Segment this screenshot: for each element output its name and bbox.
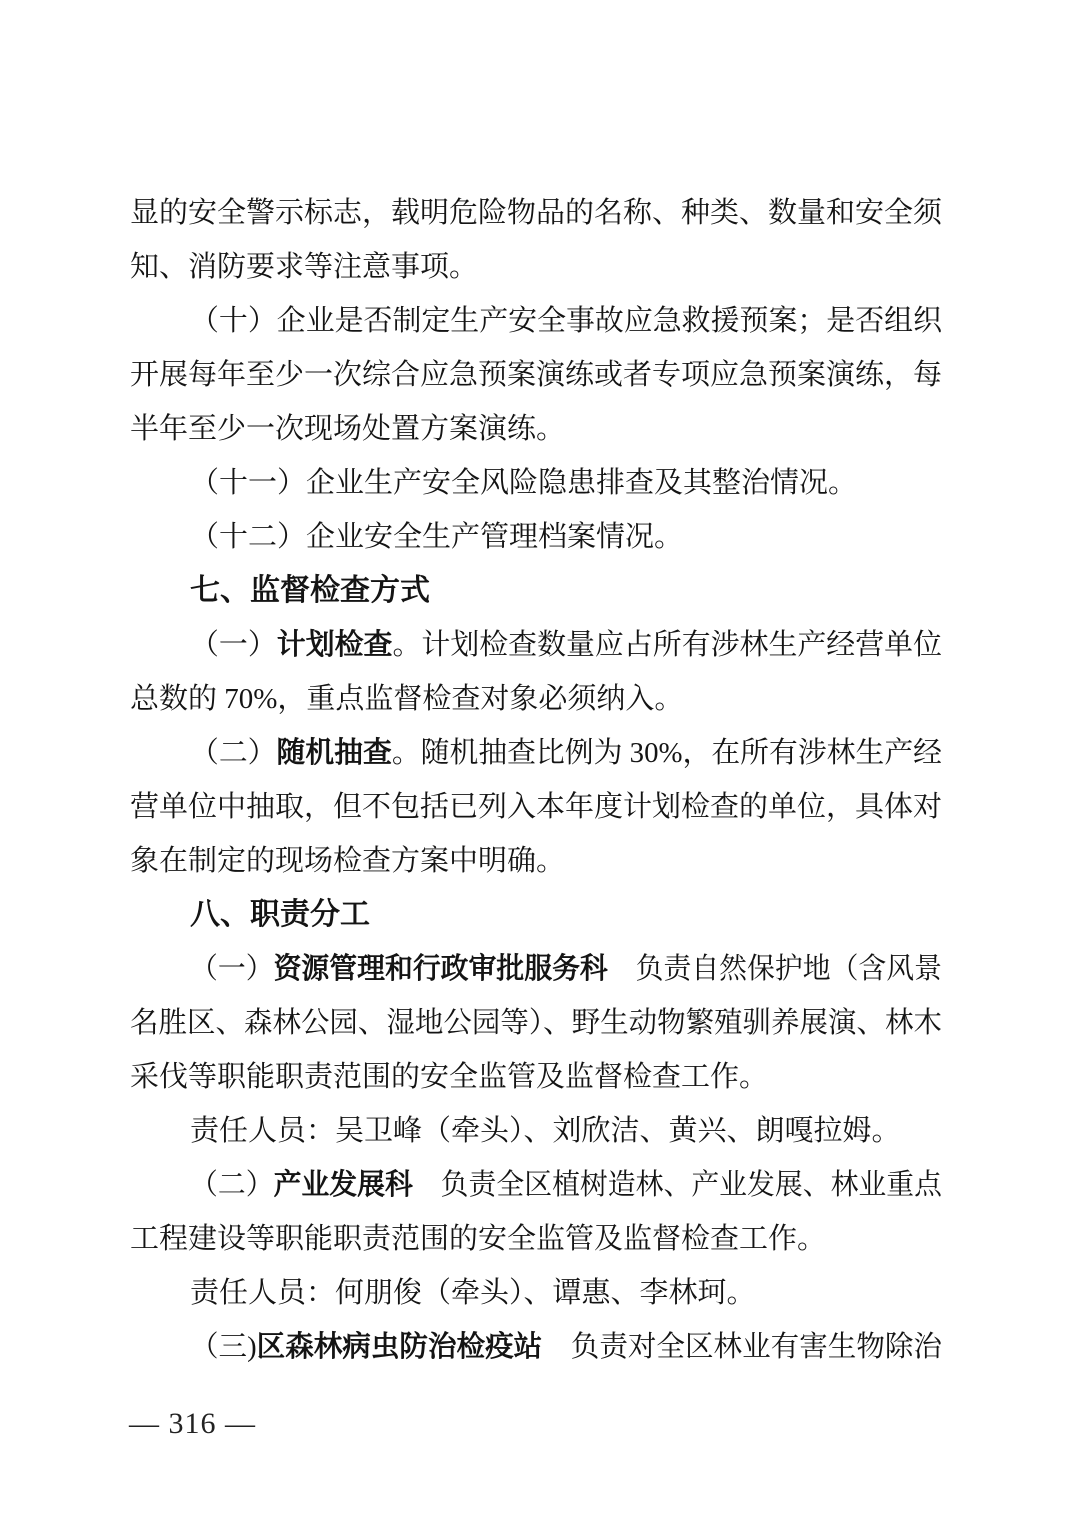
- emphasized-text: 资源管理和行政审批服务科: [274, 953, 608, 985]
- text-line-content: 七、监督检查方式: [190, 564, 430, 618]
- text-line: 象在制定的现场检查方案中明确。: [130, 834, 942, 888]
- plain-text: 名胜区、森林公园、湿地公园等）、野生动物繁殖驯养展演、林木: [130, 1007, 942, 1039]
- plain-text: （一）: [190, 953, 274, 985]
- plain-text: 工程建设等职能职责范围的安全监管及监督检查工作。: [130, 1223, 826, 1255]
- text-line: 半年至少一次现场处置方案演练。: [130, 402, 942, 456]
- emphasized-text: 区森林病虫防治检疫站: [257, 1331, 543, 1363]
- text-line: （一）资源管理和行政审批服务科 负责自然保护地（含风景: [130, 942, 942, 996]
- plain-text: （十）企业是否制定生产安全事故应急救援预案；是否组织: [190, 305, 942, 337]
- plain-text: 显的安全警示标志，载明危险物品的名称、种类、数量和安全须: [130, 197, 942, 229]
- text-line: 显的安全警示标志，载明危险物品的名称、种类、数量和安全须: [130, 186, 942, 240]
- text-line-content: 知、消防要求等注意事项。: [130, 240, 478, 294]
- text-line-content: （一）资源管理和行政审批服务科 负责自然保护地（含风景: [190, 942, 942, 996]
- text-line-content: （十二）企业安全生产管理档案情况。: [190, 510, 683, 564]
- text-line-content: 责任人员：何朋俊（牵头）、谭惠、李林珂。: [190, 1266, 756, 1320]
- text-line-content: 象在制定的现场检查方案中明确。: [130, 834, 565, 888]
- plain-text: （三): [190, 1331, 257, 1363]
- text-line: 责任人员：吴卫峰（牵头）、刘欣洁、黄兴、朗嘎拉姆。: [130, 1104, 942, 1158]
- text-line: 知、消防要求等注意事项。: [130, 240, 942, 294]
- text-line: （三)区森林病虫防治检疫站 负责对全区林业有害生物除治: [130, 1320, 942, 1374]
- text-line-content: 半年至少一次现场处置方案演练。: [130, 402, 565, 456]
- text-line: （二）随机抽查。随机抽查比例为 30%，在所有涉林生产经: [130, 726, 942, 780]
- plain-text: 。计划检查数量应占所有涉林生产经营单位: [392, 629, 942, 661]
- document-body: 显的安全警示标志，载明危险物品的名称、种类、数量和安全须知、消防要求等注意事项。…: [130, 186, 942, 1374]
- text-line-content: 显的安全警示标志，载明危险物品的名称、种类、数量和安全须: [130, 186, 942, 240]
- text-line: 开展每年至少一次综合应急预案演练或者专项应急预案演练，每: [130, 348, 942, 402]
- text-line: （二）产业发展科 负责全区植树造林、产业发展、林业重点: [130, 1158, 942, 1212]
- plain-text: 象在制定的现场检查方案中明确。: [130, 845, 565, 877]
- section-heading: 七、监督检查方式: [130, 564, 942, 618]
- section-heading: 八、职责分工: [130, 888, 942, 942]
- text-line: （十二）企业安全生产管理档案情况。: [130, 510, 942, 564]
- text-line-content: （二）产业发展科 负责全区植树造林、产业发展、林业重点: [190, 1158, 942, 1212]
- plain-text: 总数的 70%，重点监督检查对象必须纳入。: [130, 683, 683, 715]
- plain-text: （十二）企业安全生产管理档案情况。: [190, 521, 683, 553]
- plain-text: 知、消防要求等注意事项。: [130, 251, 478, 283]
- text-line-content: （十）企业是否制定生产安全事故应急救援预案；是否组织: [190, 294, 942, 348]
- plain-text: 半年至少一次现场处置方案演练。: [130, 413, 565, 445]
- text-line-content: 责任人员：吴卫峰（牵头）、刘欣洁、黄兴、朗嘎拉姆。: [190, 1104, 901, 1158]
- text-line: 采伐等职能职责范围的安全监管及监督检查工作。: [130, 1050, 942, 1104]
- plain-text: 。随机抽查比例为 30%，在所有涉林生产经: [392, 737, 942, 769]
- plain-text: 负责对全区林业有害生物除治: [542, 1331, 942, 1363]
- text-line: 总数的 70%，重点监督检查对象必须纳入。: [130, 672, 942, 726]
- text-line-content: 名胜区、森林公园、湿地公园等）、野生动物繁殖驯养展演、林木: [130, 996, 942, 1050]
- emphasized-text: 产业发展科: [274, 1169, 413, 1201]
- plain-text: （二）: [190, 737, 277, 769]
- text-line-content: 总数的 70%，重点监督检查对象必须纳入。: [130, 672, 683, 726]
- plain-text: 负责自然保护地（含风景: [608, 953, 942, 985]
- text-line-content: （三)区森林病虫防治检疫站 负责对全区林业有害生物除治: [190, 1320, 942, 1374]
- document-page: { "page": { "number_label": "— 316 —" },…: [0, 0, 1074, 1520]
- text-line-content: （一）计划检查。计划检查数量应占所有涉林生产经营单位: [190, 618, 942, 672]
- text-line: （一）计划检查。计划检查数量应占所有涉林生产经营单位: [130, 618, 942, 672]
- plain-text: （一）: [190, 629, 277, 661]
- text-line: （十一）企业生产安全风险隐患排查及其整治情况。: [130, 456, 942, 510]
- text-line: 名胜区、森林公园、湿地公园等）、野生动物繁殖驯养展演、林木: [130, 996, 942, 1050]
- text-line: （十）企业是否制定生产安全事故应急救援预案；是否组织: [130, 294, 942, 348]
- plain-text: 开展每年至少一次综合应急预案演练或者专项应急预案演练，每: [130, 359, 942, 391]
- text-line: 营单位中抽取，但不包括已列入本年度计划检查的单位，具体对: [130, 780, 942, 834]
- plain-text: （十一）企业生产安全风险隐患排查及其整治情况。: [190, 467, 857, 499]
- emphasized-text: 八、职责分工: [190, 898, 370, 931]
- text-line-content: （二）随机抽查。随机抽查比例为 30%，在所有涉林生产经: [190, 726, 942, 780]
- text-line-content: 采伐等职能职责范围的安全监管及监督检查工作。: [130, 1050, 768, 1104]
- plain-text: 责任人员：吴卫峰（牵头）、刘欣洁、黄兴、朗嘎拉姆。: [190, 1115, 901, 1147]
- page-number: — 316 —: [129, 1404, 256, 1444]
- emphasized-text: 随机抽查: [277, 737, 392, 769]
- text-line-content: 八、职责分工: [190, 888, 370, 942]
- emphasized-text: 七、监督检查方式: [190, 574, 430, 607]
- plain-text: 负责全区植树造林、产业发展、林业重点: [413, 1169, 942, 1201]
- text-line-content: 营单位中抽取，但不包括已列入本年度计划检查的单位，具体对: [130, 780, 942, 834]
- text-line: 责任人员：何朋俊（牵头）、谭惠、李林珂。: [130, 1266, 942, 1320]
- plain-text: 营单位中抽取，但不包括已列入本年度计划检查的单位，具体对: [130, 791, 942, 823]
- text-line-content: 开展每年至少一次综合应急预案演练或者专项应急预案演练，每: [130, 348, 942, 402]
- text-line: 工程建设等职能职责范围的安全监管及监督检查工作。: [130, 1212, 942, 1266]
- plain-text: 责任人员：何朋俊（牵头）、谭惠、李林珂。: [190, 1277, 756, 1309]
- plain-text: （二）: [190, 1169, 274, 1201]
- text-line-content: （十一）企业生产安全风险隐患排查及其整治情况。: [190, 456, 857, 510]
- text-line-content: 工程建设等职能职责范围的安全监管及监督检查工作。: [130, 1212, 826, 1266]
- emphasized-text: 计划检查: [277, 629, 393, 661]
- plain-text: 采伐等职能职责范围的安全监管及监督检查工作。: [130, 1061, 768, 1093]
